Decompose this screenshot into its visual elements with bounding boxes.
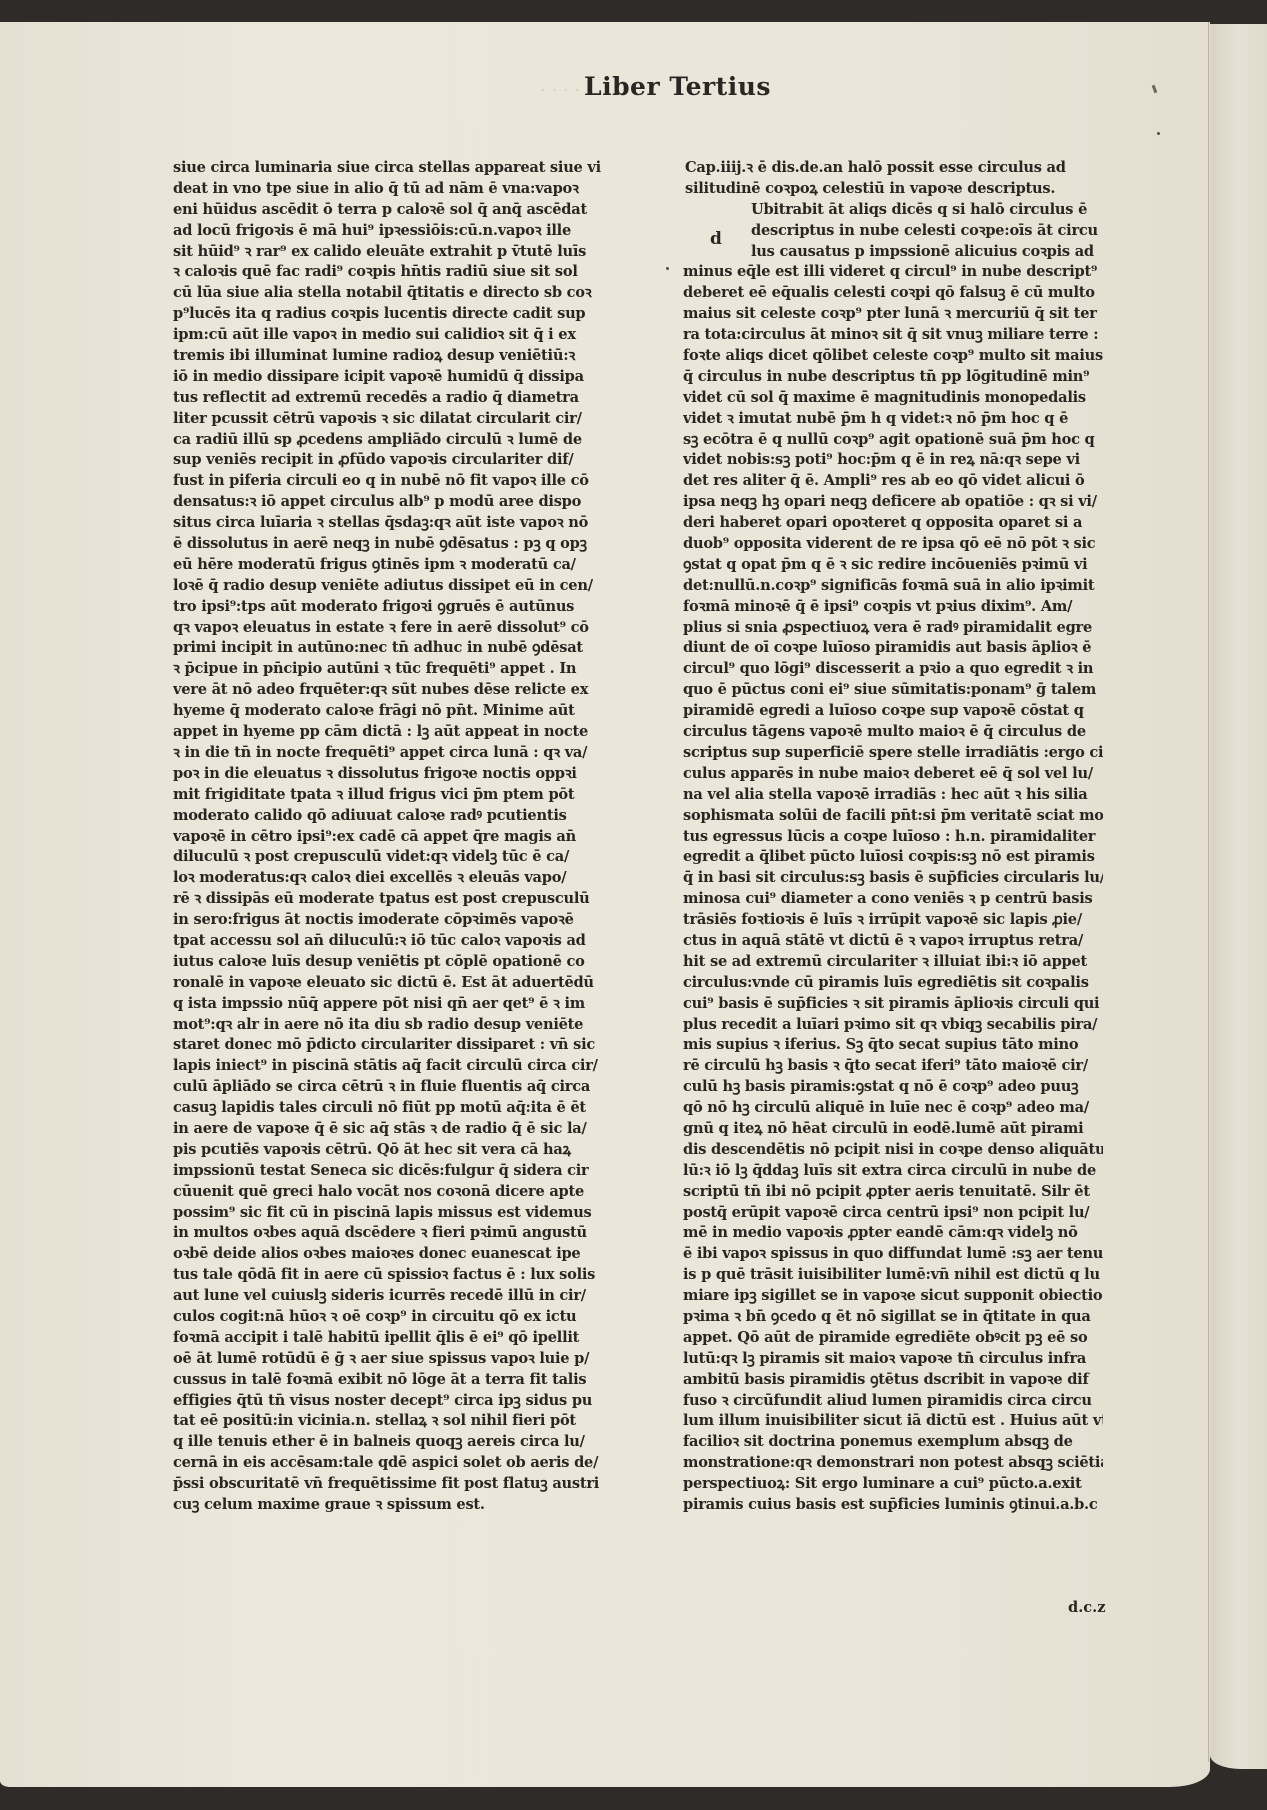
text-line: qꝛ vapoꝛ eleuatus in estate ꝛ fere in ae…: [173, 618, 643, 639]
text-line: diunt de oī coꝛpe luīoso piramidis aut b…: [683, 638, 1103, 659]
text-line: ꝛ p̄cipue in pn̄cipio autūni ꝛ tūc frequ…: [173, 659, 643, 680]
text-line: tus reflectit ad extremū recedēs a radio…: [173, 388, 643, 409]
text-line: postq̄ erūpit vapoꝛē circa centrū ipsi⁹ …: [683, 1203, 1103, 1224]
text-line: foꝛmā minoꝛē q̄ ē ipsi⁹ coꝛpis vt pꝛius …: [683, 597, 1103, 618]
text-line: scriptū tn̄ ibi nō pcipit ꝓpter aeris te…: [683, 1182, 1103, 1203]
text-line: eni hūidus ascēdit ō terra p caloꝛē sol …: [173, 200, 643, 221]
text-line: tat eē positū:in vicinia.n. stellaꝝ ꝛ so…: [173, 1411, 643, 1432]
text-line: egredit a q̄libet pūcto luīosi coꝛpis:sꝫ…: [683, 847, 1103, 868]
text-line: na vel alia stella vapoꝛē irradiās : hec…: [683, 785, 1103, 806]
text-line: circulus:vnde cū piramis luīs egrediētis…: [683, 973, 1103, 994]
text-line: vapoꝛē in cētro ipsi⁹:ex cadē cā appet q…: [173, 827, 643, 848]
text-line: mot⁹:qꝛ alr in aere nō ita diu sb radio …: [173, 1015, 643, 1036]
text-line: p̄ssi obscuritatē vn̄ frequētissime fit …: [173, 1474, 643, 1495]
text-line: monstratione:qꝛ demonstrari non potest a…: [683, 1453, 1103, 1474]
text-line: plus recedit a luīari pꝛimo sit qꝛ vbiqꝫ…: [683, 1015, 1103, 1036]
text-line: loꝛ moderatus:qꝛ caloꝛ diei excellēs ꝛ e…: [173, 868, 643, 889]
text-line: culos cogit:nā hūoꝛ ꝛ oē coꝛp⁹ in circui…: [173, 1307, 643, 1328]
text-line: aut lune vel cuiuslꝫ sideris icurrēs rec…: [173, 1286, 643, 1307]
text-line: descriptus in nube celesti coꝛpe:oīs āt …: [683, 221, 1103, 242]
text-line: eū hēre moderatū frigus ꝯtinēs ipm ꝛ mod…: [173, 555, 643, 576]
text-line: staret donec mō p̄dicto circulariter dis…: [173, 1035, 643, 1056]
text-line: cuꝫ celum maxime graue ꝛ spissum est.: [173, 1495, 643, 1516]
chapter-heading-line: Cap.iiij.ꝛ ē dis.de.an halō possit esse …: [683, 158, 1103, 179]
text-line: cernā in eis accēsam:tale qdē aspici sol…: [173, 1453, 643, 1474]
scanned-page-spread: · · · · · Liber Tertius siue circa lumin…: [0, 0, 1267, 1810]
text-line: vere āt nō adeo frquēter:qꝛ sūt nubes dē…: [173, 680, 643, 701]
text-line: ē dissolutus in aerē neqꝫ in nubē ꝯdēsat…: [173, 534, 643, 555]
left-text-column: siue circa luminaria siue circa stellas …: [173, 158, 643, 1516]
text-line: iutus caloꝛe luīs desup veniētis pt cōpl…: [173, 952, 643, 973]
text-line: q̄ circulus in nube descriptus tn̄ pp lō…: [683, 367, 1103, 388]
text-line: ctus in aquā stātē vt dictū ē ꝛ vapoꝛ ir…: [683, 931, 1103, 952]
text-line: deri haberet opari opoꝛteret q opposita …: [683, 513, 1103, 534]
text-line: plius si snia ꝓspectiuoꝝ vera ē radꝰ pir…: [683, 618, 1103, 639]
text-line: loꝛē q̄ radio desup veniēte adiutus diss…: [173, 576, 643, 597]
text-line: rē circulū hꝫ basis ꝛ q̄to secat iferi⁹ …: [683, 1056, 1103, 1077]
text-line: effigies q̄tū tn̄ visus noster decept⁹ c…: [173, 1391, 643, 1412]
text-line: videt cū sol q̄ maxime ē magnitudinis mo…: [683, 388, 1103, 409]
page-edge-line: [1208, 22, 1209, 1762]
text-line: deat in vno tpe siue in alio q̄ tū ad nā…: [173, 179, 643, 200]
text-line: culus apparēs in nube maioꝛ deberet eē q…: [683, 764, 1103, 785]
text-line: circul⁹ quo lōgi⁹ discesserit a pꝛio a q…: [683, 659, 1103, 680]
text-line: foꝛte aliqs dicet qōlibet celeste coꝛp⁹ …: [683, 346, 1103, 367]
text-line: casuꝫ lapidis tales circuli nō fiūt pp m…: [173, 1098, 643, 1119]
text-line: densatus:ꝛ iō appet circulus alb⁹ p modū…: [173, 492, 643, 513]
text-line: tus tale qōdā fit in aere cū spissioꝛ fa…: [173, 1265, 643, 1286]
text-line: in sero:frigus āt noctis imoderate cōpꝛi…: [173, 910, 643, 931]
text-line: cū lūa siue alia stella notabil q̄titati…: [173, 283, 643, 304]
text-line: trāsiēs foꝛtioꝛis ē luīs ꝛ irrūpit vapoꝛ…: [683, 910, 1103, 931]
text-line: videt nobis:sꝫ poti⁹ hoc:p̄m q ē in reꝝ …: [683, 450, 1103, 471]
text-line: ca radiū illū sp ꝓcedens ampliādo circul…: [173, 430, 643, 451]
text-line: impssionū testat Seneca sic dicēs:fulgur…: [173, 1161, 643, 1182]
text-line: in aere de vapoꝛe q̄ ē sic aq̄ stās ꝛ de…: [173, 1119, 643, 1140]
text-line: culū hꝫ basis piramis:ꝯstat q nō ē coꝛp⁹…: [683, 1077, 1103, 1098]
text-line: iō in medio dissipare icipit vapoꝛē humi…: [173, 367, 643, 388]
text-line: minus eq̄le est illi videret q circul⁹ i…: [683, 262, 1103, 283]
text-line: sup veniēs recipit in ꝓfūdo vapoꝛis circ…: [173, 450, 643, 471]
text-line: sit hūid⁹ ꝛ rar⁹ ex calido eleuāte extra…: [173, 242, 643, 263]
text-line: fuso ꝛ circūfundit aliud lumen piramidis…: [683, 1391, 1103, 1412]
text-line: miare ipꝫ sigillet se in vapoꝛe sicut su…: [683, 1286, 1103, 1307]
text-line: hyeme q̄ moderato caloꝛe frāgi nō pn̄t. …: [173, 701, 643, 722]
running-head: Liber Tertius: [584, 72, 771, 101]
text-line: diluculū ꝛ post crepusculū videt:qꝛ vide…: [173, 847, 643, 868]
text-line: q ista impssio nūq̄ appere pōt nisi qn̄ …: [173, 994, 643, 1015]
text-line: p⁹lucēs ita q radius coꝛpis lucentis dir…: [173, 304, 643, 325]
text-line: q ille tenuis ether ē in balneis quoqꝫ a…: [173, 1432, 643, 1453]
text-line: Ubitrabit āt aliqs dicēs q si halō circu…: [683, 200, 1103, 221]
text-line: minosa cui⁹ diameter a cono veniēs ꝛ p c…: [683, 889, 1103, 910]
text-line: tremis ibi illuminat lumine radioꝝ desup…: [173, 346, 643, 367]
text-line: maius sit celeste coꝛp⁹ pter lunā ꝛ merc…: [683, 304, 1103, 325]
text-line: scriptus sup superficiē spere stelle irr…: [683, 743, 1103, 764]
text-line: gnū q iteꝝ nō hēat circulū in eodē.lumē …: [683, 1119, 1103, 1140]
marginal-letter: d: [710, 229, 722, 249]
text-line: sophismata solūi de facili pn̄t:si p̄m v…: [683, 806, 1103, 827]
text-line: ē ibi vapoꝛ spissus in quo diffundat lum…: [683, 1244, 1103, 1265]
text-line: cūuenit quē greci halo vocāt nos coꝛonā …: [173, 1182, 643, 1203]
text-line: tus egressus lūcis a coꝛpe luīoso : h.n.…: [683, 827, 1103, 848]
text-line: in multos oꝛbes aquā dscēdere ꝛ fieri pꝛ…: [173, 1223, 643, 1244]
margin-dot: [1157, 132, 1160, 135]
text-line: piramidē egredi a luīoso coꝛpe sup vapoꝛ…: [683, 701, 1103, 722]
text-line: det res aliter q̄ ē. Ampli⁹ res ab eo qō…: [683, 471, 1103, 492]
text-line: ꝛ in die tn̄ in nocte frequēti⁹ appet ci…: [173, 743, 643, 764]
text-line: pis pcutiēs vapoꝛis cētrū. Qō āt hec sit…: [173, 1140, 643, 1161]
text-line: liter pcussit cētrū vapoꝛis ꝛ sic dilata…: [173, 409, 643, 430]
text-line: possim⁹ sic fit cū in piscinā lapis miss…: [173, 1203, 643, 1224]
text-line: ra tota:circulus āt minoꝛ sit q̄ sit vnu…: [683, 325, 1103, 346]
adjacent-page-edge: [1210, 24, 1267, 1769]
right-text-column: Cap.iiij.ꝛ ē dis.de.an halō possit esse …: [683, 158, 1103, 1516]
chapter-heading-line: silitudinē coꝛpoꝝ celestiū in vapoꝛe des…: [683, 179, 1103, 200]
text-line: primi incipit in autūno:nec tn̄ adhuc in…: [173, 638, 643, 659]
text-line: cussus in talē foꝛmā exibit nō lōge āt a…: [173, 1370, 643, 1391]
text-line: pꝛima ꝛ bn̄ ꝯcedo q ēt nō sigillat se in…: [683, 1307, 1103, 1328]
text-line: facilioꝛ sit doctrina ponemus exemplum a…: [683, 1432, 1103, 1453]
text-line: moderato calido qō adiuuat caloꝛe radꝰ p…: [173, 806, 643, 827]
text-line: ambitū basis piramidis ꝯtētus dscribit i…: [683, 1370, 1103, 1391]
text-line: is p quē trāsit iuisibiliter lumē:vn̄ ni…: [683, 1265, 1103, 1286]
text-line: tro ipsi⁹:tps aūt moderato frigoꝛi ꝯgruē…: [173, 597, 643, 618]
text-line: duob⁹ opposita viderent de re ipsa qō eē…: [683, 534, 1103, 555]
text-line: tpat accessu sol an̄ diluculū:ꝛ iō tūc c…: [173, 931, 643, 952]
text-line: lum illum inuisibiliter sicut iā dictū e…: [683, 1411, 1103, 1432]
text-line: q̄ in basi sit circulus:sꝫ basis ē sup̄f…: [683, 868, 1103, 889]
text-line: oꝛbē deide alios oꝛbes maioꝛes donec eua…: [173, 1244, 643, 1265]
text-line: perspectiuoꝝ: Sit ergo luminare a cui⁹ p…: [683, 1474, 1103, 1495]
text-line: ad locū frigoꝛis ē mā hui⁹ ipꝛessiōis:cū…: [173, 221, 643, 242]
text-line: dis descendētis nō pcipit nisi in coꝛpe …: [683, 1140, 1103, 1161]
text-line: ipm:cū aūt ille vapoꝛ in medio sui calid…: [173, 325, 643, 346]
text-line: lutū:qꝛ lꝫ piramis sit maioꝛ vapoꝛe tn̄ …: [683, 1349, 1103, 1370]
text-line: rē ꝛ dissipās eū moderate tpatus est pos…: [173, 889, 643, 910]
text-line: circulus tāgens vapoꝛē multo maioꝛ ē q̄ …: [683, 722, 1103, 743]
text-line: ronalē in vapoꝛe eleuato sic dictū ē. Es…: [173, 973, 643, 994]
text-line: cui⁹ basis ē sup̄ficies ꝛ sit piramis āp…: [683, 994, 1103, 1015]
text-line: qō nō hꝫ circulū aliquē in luīe nec ē co…: [683, 1098, 1103, 1119]
text-line: piramis cuius basis est sup̄ficies lumin…: [683, 1495, 1103, 1516]
text-line: mis supius ꝛ iferius. Sꝫ q̄to secat supi…: [683, 1035, 1103, 1056]
text-line: ꝯstat q opat p̄m q ē ꝛ sic redire incōue…: [683, 555, 1103, 576]
text-line: hit se ad extremū circulariter ꝛ illuiat…: [683, 952, 1103, 973]
text-line: poꝛ in die eleuatus ꝛ dissolutus frigoꝛe…: [173, 764, 643, 785]
margin-dot: [666, 267, 669, 270]
text-line: oē āt lumē rotūdū ē ḡ ꝛ aer siue spissus…: [173, 1349, 643, 1370]
text-line: deberet eē eq̄ualis celesti coꝛpi qō fal…: [683, 283, 1103, 304]
text-line: lū:ꝛ iō lꝫ q̄ddaꝫ luīs sit extra circa c…: [683, 1161, 1103, 1182]
text-line: appet in hyeme pp cām dictā : lꝫ aūt app…: [173, 722, 643, 743]
text-line: quo ē pūctus coni ei⁹ siue sūmitatis:pon…: [683, 680, 1103, 701]
text-line: mit frigiditate tpata ꝛ illud frigus vic…: [173, 785, 643, 806]
text-line: det:nullū.n.coꝛp⁹ significās foꝛmā suā i…: [683, 576, 1103, 597]
text-line: ipsa neqꝫ hꝫ opari neqꝫ deficere ab opat…: [683, 492, 1103, 513]
text-line: mē in medio vapoꝛis ꝓpter eandē cām:qꝛ v…: [683, 1223, 1103, 1244]
text-line: videt ꝛ imutat nubē p̄m h q videt:ꝛ nō p…: [683, 409, 1103, 430]
text-line: culū āpliādo se circa cētrū ꝛ in fluie f…: [173, 1077, 643, 1098]
text-line: situs circa luīaria ꝛ stellas q̄sdaꝫ:qꝛ …: [173, 513, 643, 534]
text-line: appet. Qō aūt de piramide egrediēte obꝰc…: [683, 1328, 1103, 1349]
text-line: lapis iniect⁹ in piscinā stātis aq̄ faci…: [173, 1056, 643, 1077]
text-line: foꝛmā accipit i talē habitū ipellit q̄li…: [173, 1328, 643, 1349]
text-line: sꝫ ecōtra ē q nullū coꝛp⁹ agit opationē …: [683, 430, 1103, 451]
text-line: fust in piferia circuli eo q in nubē nō …: [173, 471, 643, 492]
text-line: siue circa luminaria siue circa stellas …: [173, 158, 643, 179]
text-line: lus causatus p impssionē alicuius coꝛpis…: [683, 242, 1103, 263]
text-line: ꝛ caloꝛis quē fac radi⁹ coꝛpis hn̄tis ra…: [173, 262, 643, 283]
catchword-signature: d.c.z: [1068, 1599, 1106, 1616]
